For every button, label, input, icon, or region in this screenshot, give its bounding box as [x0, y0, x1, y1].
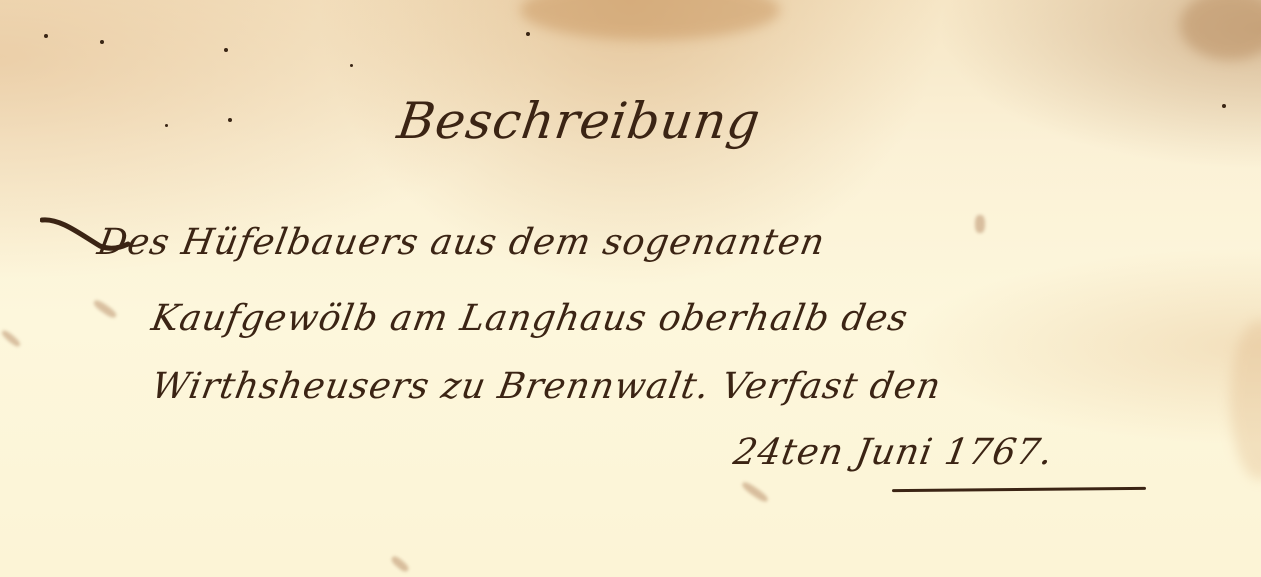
pinhole [44, 34, 48, 38]
text-line-2: Kaufgewölb am Langhaus oberhalb des [148, 298, 911, 339]
text-line-3: Wirthsheusers zu Brennwalt. Verfast den [148, 366, 944, 407]
pinhole [350, 64, 353, 67]
pinhole [100, 40, 104, 44]
ink-bleed-mark [975, 215, 985, 233]
pinhole [165, 124, 168, 127]
document-title: Beschreibung [394, 92, 764, 150]
pinhole [1222, 104, 1226, 108]
date-line: 24ten Juni 1767. [730, 432, 1056, 473]
pinhole [526, 32, 530, 36]
pinhole [228, 118, 232, 122]
text-line-1: Des Hüfelbauers aus dem sogenanten [94, 222, 828, 263]
pinhole [224, 48, 228, 52]
